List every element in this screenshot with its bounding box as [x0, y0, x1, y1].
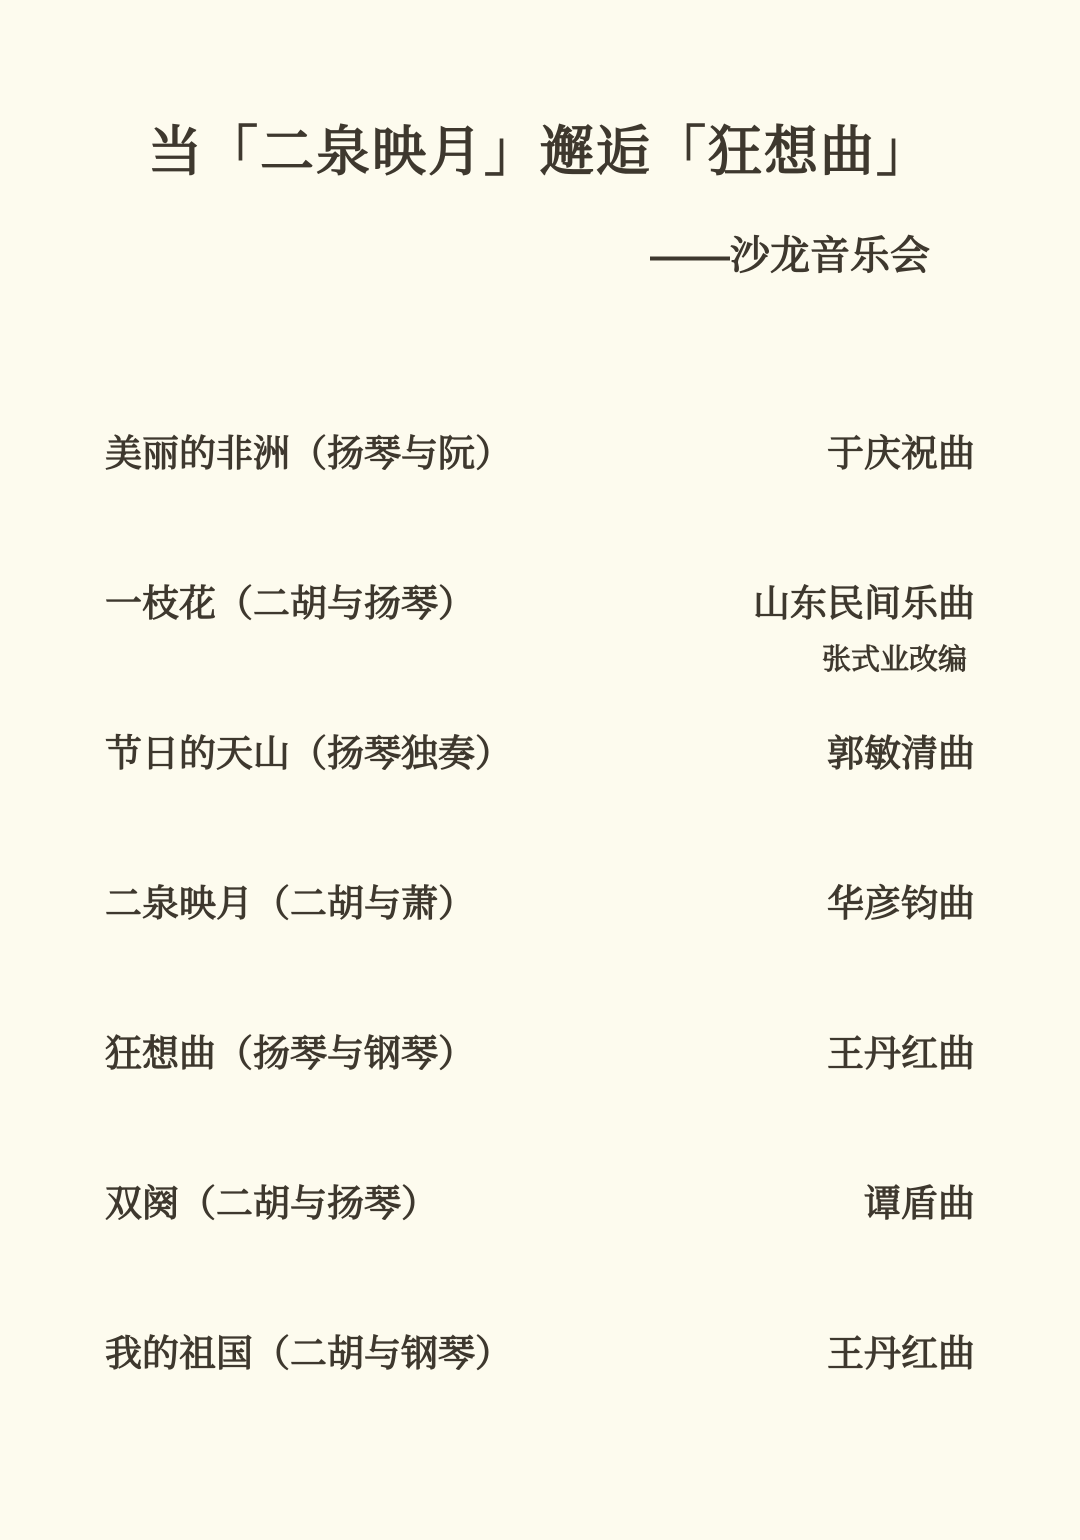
program-row: 狂想曲（扬琴与钢琴） 王丹红曲	[105, 1030, 975, 1180]
composer-name: 山东民间乐曲	[753, 580, 975, 628]
composer-block: 华彦钧曲	[827, 880, 975, 928]
program-row: 节日的天山（扬琴独奏） 郭敏清曲	[105, 730, 975, 880]
composer-name: 王丹红曲	[827, 1330, 975, 1378]
program-row: 我的祖国（二胡与钢琴） 王丹红曲	[105, 1330, 975, 1480]
piece-title: 二泉映月（二胡与萧）	[105, 880, 475, 928]
program-list: 美丽的非洲（扬琴与阮） 于庆祝曲 一枝花（二胡与扬琴） 山东民间乐曲 张式业改编…	[105, 430, 975, 1480]
page-title: 当「二泉映月」邂逅「狂想曲」	[0, 120, 1080, 185]
composer-name: 王丹红曲	[827, 1030, 975, 1078]
program-row: 二泉映月（二胡与萧） 华彦钧曲	[105, 880, 975, 1030]
piece-title: 一枝花（二胡与扬琴）	[105, 580, 475, 628]
piece-title: 我的祖国（二胡与钢琴）	[105, 1330, 512, 1378]
composer-block: 于庆祝曲	[827, 430, 975, 478]
arranger-name: 张式业改编	[753, 642, 975, 680]
program-row: 一枝花（二胡与扬琴） 山东民间乐曲 张式业改编	[105, 580, 975, 730]
program-row: 双阕（二胡与扬琴） 谭盾曲	[105, 1180, 975, 1330]
piece-title: 狂想曲（扬琴与钢琴）	[105, 1030, 475, 1078]
composer-block: 山东民间乐曲 张式业改编	[753, 580, 975, 680]
composer-block: 王丹红曲	[827, 1030, 975, 1078]
composer-name: 郭敏清曲	[827, 730, 975, 778]
page-subtitle: ——沙龙音乐会	[650, 234, 930, 278]
piece-title: 双阕（二胡与扬琴）	[105, 1180, 438, 1228]
piece-title: 美丽的非洲（扬琴与阮）	[105, 430, 512, 478]
composer-block: 谭盾曲	[864, 1180, 975, 1228]
program-row: 美丽的非洲（扬琴与阮） 于庆祝曲	[105, 430, 975, 580]
piece-title: 节日的天山（扬琴独奏）	[105, 730, 512, 778]
composer-name: 谭盾曲	[864, 1180, 975, 1228]
composer-name: 于庆祝曲	[827, 430, 975, 478]
composer-block: 郭敏清曲	[827, 730, 975, 778]
composer-block: 王丹红曲	[827, 1330, 975, 1378]
composer-name: 华彦钧曲	[827, 880, 975, 928]
